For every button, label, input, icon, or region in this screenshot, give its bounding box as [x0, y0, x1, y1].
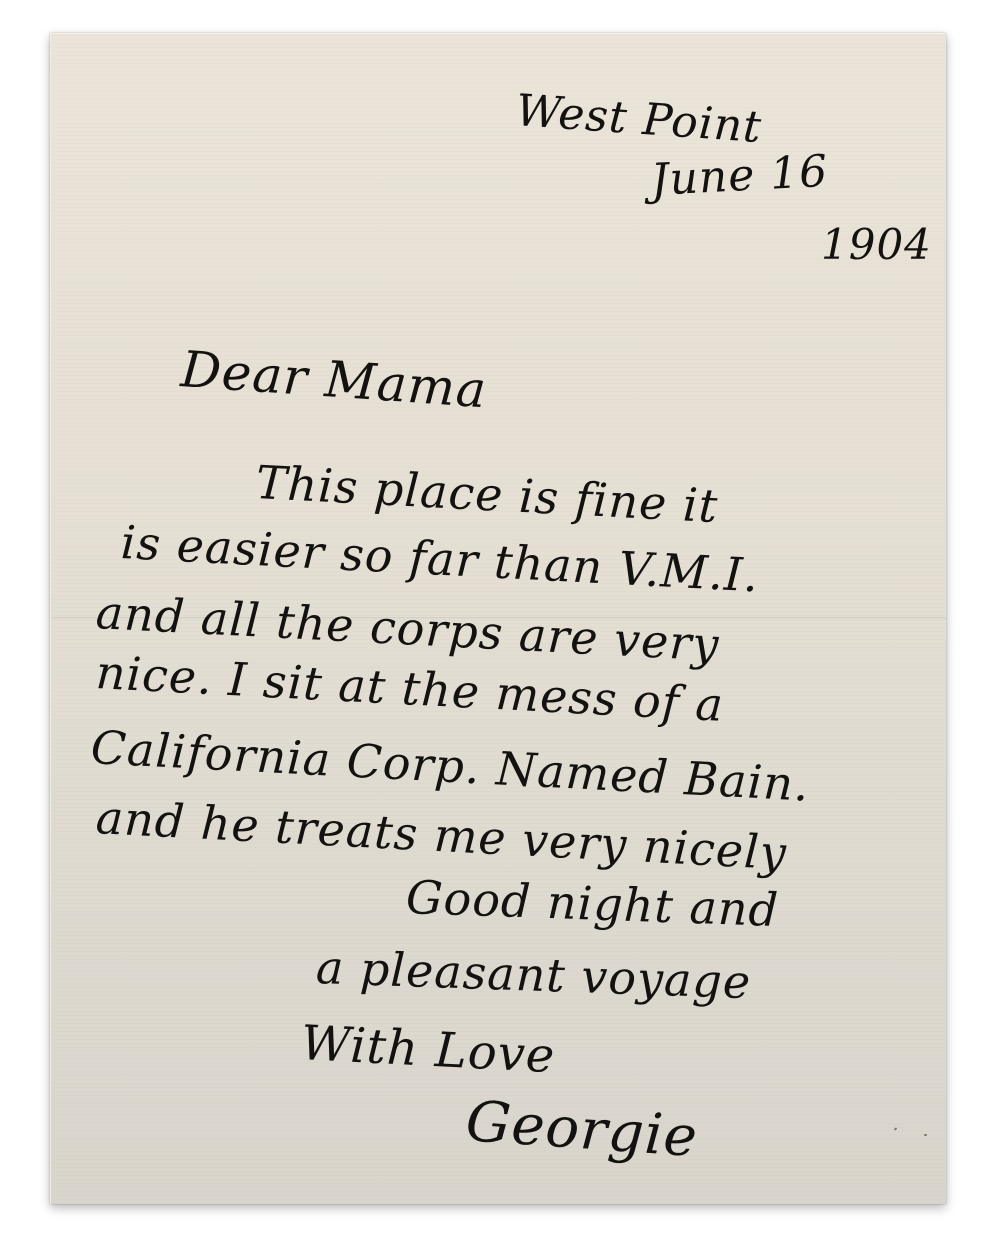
letter-paper: West Point June 16 1904 Dear Mama This p… [50, 33, 946, 1204]
letter-body-line: and he treats me very nicely [95, 794, 788, 876]
letter-body-line: is easier so far than V.M.I. [120, 519, 760, 598]
paper-speck [924, 1134, 927, 1136]
letter-closing-line: a pleasant voyage [315, 944, 752, 1005]
letter-heading-year: 1904 [821, 224, 932, 266]
letter-signature: Georgie [464, 1094, 700, 1166]
letter-body-line: This place is fine it [255, 459, 720, 529]
letter-closing-line: Good night and [405, 874, 780, 933]
letter-heading-date: June 16 [650, 150, 829, 203]
paper-speck [894, 1127, 898, 1130]
letter-salutation: Dear Mama [179, 344, 488, 415]
letter-closing-line: With Love [300, 1019, 557, 1080]
letter-heading-place: West Point [514, 89, 763, 150]
